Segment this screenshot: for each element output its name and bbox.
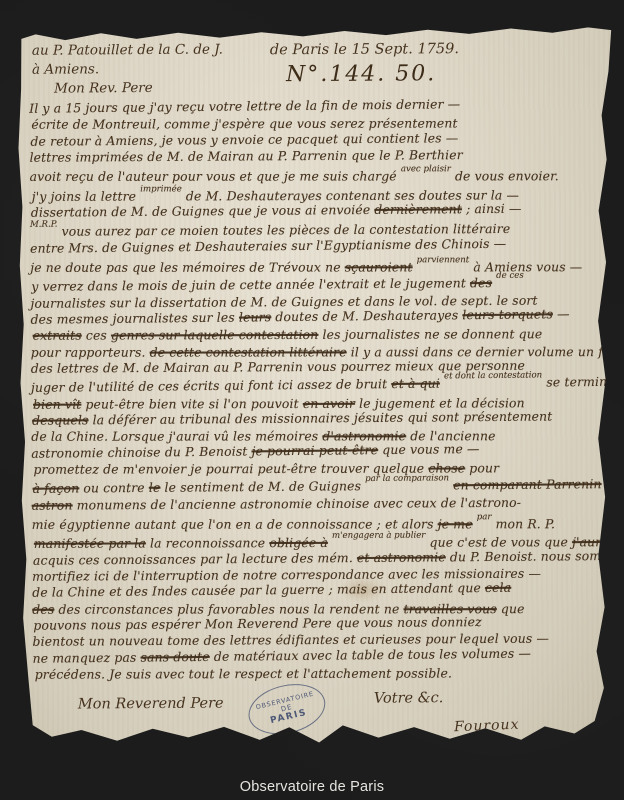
document-number: N°.144. 50. [286, 61, 436, 87]
letter-line: avoit reçu de l'auteur pour vous et que … [30, 165, 608, 185]
ink-text: la déférer au tribunal des missionnaires… [88, 409, 552, 428]
letter-line: mie égyptienne autant que l'on en a de c… [32, 513, 610, 533]
ink-text: y verrez dans le mois de juin de cette a… [31, 276, 470, 295]
letter-line: juger de l'utilité de ces écrits qui fon… [31, 371, 609, 396]
salutation: Mon Rev. Pere [32, 79, 223, 99]
letter-line: desquels la déférer au tribunal des miss… [32, 408, 610, 429]
ink-text: de la Chine et des Indes causée par la g… [32, 580, 485, 600]
ink-text: de vous envoier. [451, 168, 559, 183]
inserted-text: par la comparaison [365, 474, 449, 485]
ink-text: doutes de M. Deshauterayes [271, 307, 462, 324]
inserted-text: avec plaisir [401, 164, 451, 174]
ink-text: mie égyptienne autant que l'on en a de c… [32, 516, 438, 531]
struck-text: obligée à [269, 535, 328, 550]
struck-text: des [32, 601, 54, 616]
ink-text: astronomie chinoise du P. Benoist [31, 443, 251, 460]
ink-text: pour rapporteurs. [31, 344, 150, 359]
ink-text: avoit reçu de l'auteur pour vous et que … [30, 169, 401, 184]
inserted-text: par [477, 512, 492, 522]
inserted-text: de ces [496, 271, 524, 281]
letter-line: astron monumens de l'ancienne astronomie… [32, 494, 610, 514]
ink-text: dissertation de M. de Guignes que je vou… [31, 202, 375, 220]
ink-text: de matériaux avec la table de tous les v… [210, 645, 531, 663]
ink-text: pouvons nous pas espérer Mon Reverend Pe… [33, 614, 482, 633]
ink-text: j'y joins la lettre [32, 188, 141, 203]
struck-text: leurs torquets [462, 306, 553, 322]
ink-text: peut-être bien vite si l'on pouvoit [81, 396, 303, 412]
ink-text: ou contre [79, 480, 149, 496]
struck-text: et astronomie [357, 549, 446, 565]
dateline: de Paris le 15 Sept. 1759. [270, 41, 459, 58]
struck-text: et à qui [391, 376, 440, 392]
letter-sheet: au P. Patouillet de la C. de J. à Amiens… [18, 27, 616, 765]
ink-text: ; ainsi — [462, 201, 522, 216]
struck-text: cela [485, 580, 511, 595]
closing-salutation: Mon Reverend Pere [78, 696, 224, 713]
struck-text: desquels [32, 412, 89, 427]
inserted-text: m'engagera à publier [332, 531, 425, 541]
struck-text: des [470, 276, 492, 291]
ink-text: monumens de l'ancienne astronomie chinoi… [73, 494, 522, 512]
photo-background: au P. Patouillet de la C. de J. à Amiens… [0, 0, 624, 800]
struck-text: extraits [33, 328, 82, 343]
inserted-text: imprimée [140, 184, 182, 194]
ink-text: — [553, 306, 570, 321]
ink-text: lettres imprimées de M. de Mairan au P. … [29, 147, 462, 165]
struck-text: à façon [33, 481, 80, 496]
letter-body: Il y a 15 jours que j'ay reçu votre lett… [29, 97, 611, 683]
letter-line: extraits ces genres sur laquelle contest… [33, 327, 611, 345]
ink-text: mon R. P. [491, 516, 555, 531]
inserted-text: et dont la contestation [444, 371, 542, 382]
image-caption: Observatoire de Paris [0, 779, 624, 795]
recipient-line-2: à Amiens. [32, 60, 223, 80]
ink-text: que vous me — [378, 441, 480, 457]
ink-text: de la Chine. Lorsque j'aurai vû les mémo… [31, 429, 322, 444]
struck-text: je pourrai peut-être [251, 442, 378, 458]
ink-text: de retour à Amiens, je vous y envoie ce … [30, 130, 458, 149]
struck-text: leurs [239, 309, 271, 324]
ink-text: les journalistes ne se donnent que [318, 327, 542, 343]
struck-text: de cette contestation littéraire [150, 344, 347, 359]
struck-text: le [149, 480, 161, 495]
struck-text: astron [32, 497, 73, 512]
inserted-text: parviennent [417, 255, 470, 265]
struck-text: sans doute [140, 649, 209, 665]
struck-text: je me [438, 516, 473, 531]
ink-text: ne manquez pas [33, 649, 141, 665]
recipient-block: au P. Patouillet de la C. de J. à Amiens… [32, 41, 223, 99]
struck-text: en comparant Parrenin [453, 476, 601, 492]
observatoire-stamp: OBSERVATOIRE DE PARIS [243, 677, 330, 742]
struck-text: en avoir [303, 396, 355, 411]
ink-text: du P. Benoist. nous sommes bien [446, 547, 624, 564]
ink-text: ces [82, 328, 111, 343]
ink-text: acquis ces connoissances par la lecture … [33, 550, 357, 568]
letter-line: pour rapporteurs. de cette contestation … [31, 344, 609, 361]
struck-text: bien vît [33, 396, 81, 411]
struck-text: dernièrement [374, 201, 462, 217]
closing-formula: Votre &c. [374, 690, 444, 706]
signature: Fouroux [454, 717, 520, 736]
ink-text: juger de l'utilité de ces écrits qui fon… [31, 376, 391, 395]
inserted-text: M.R.P. [30, 220, 58, 230]
ink-text: il y a aussi dans ce dernier volume un f… [347, 344, 624, 359]
ink-text: précédens. Je suis avec tout le respect … [35, 665, 452, 681]
struck-text: genres sur laquelle contestation [111, 327, 318, 343]
ink-text: des mesmes journalistes sur les [30, 310, 239, 327]
ink-text: le sentiment de M. de Guignes [160, 478, 365, 495]
letter-line: précédens. Je suis avec tout le respect … [35, 665, 613, 683]
struck-text: manifestée par la [34, 536, 146, 551]
ink-text: se termineroit [542, 374, 624, 390]
ink-text: la reconnoissance [146, 536, 269, 551]
ink-text: écrite de Montreuil, comme j'espère que … [31, 116, 457, 132]
ink-text: Il y a 15 jours que j'ay reçu votre lett… [29, 96, 460, 116]
recipient-line-1: au P. Patouillet de la C. de J. [32, 41, 223, 61]
